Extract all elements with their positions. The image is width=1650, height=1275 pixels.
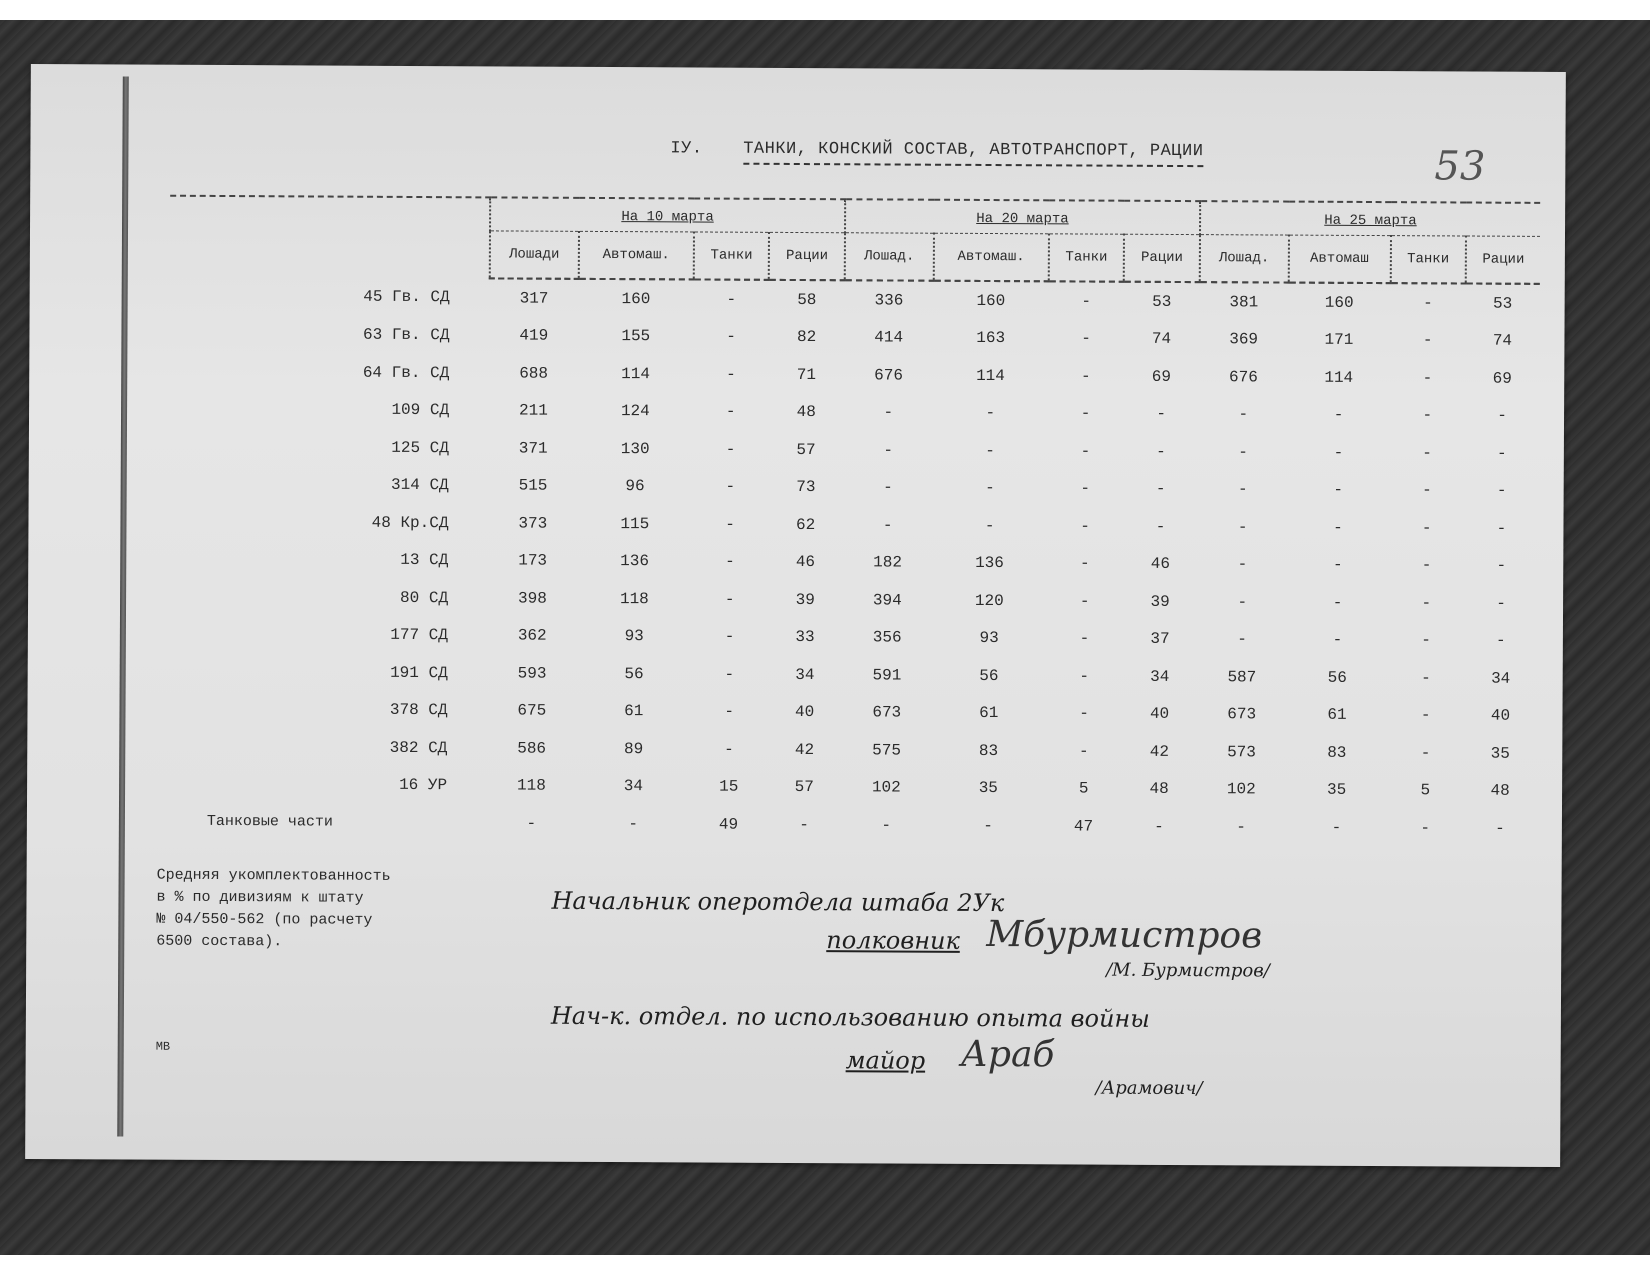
unit-label: 13 СД xyxy=(168,540,488,579)
table-cell: - xyxy=(1465,472,1539,510)
table-cell: - xyxy=(1287,471,1389,509)
table-cell: - xyxy=(1048,395,1124,433)
table-cell: - xyxy=(1199,396,1288,434)
table-row: Танковые части--49---47----- xyxy=(167,803,1537,848)
table-cell: - xyxy=(1123,508,1199,546)
table-cell: 414 xyxy=(844,319,933,357)
table-cell: - xyxy=(1198,508,1287,546)
table-cell: - xyxy=(766,806,842,844)
table-cell: - xyxy=(1048,357,1124,395)
table-cell: 83 xyxy=(1286,734,1388,772)
table-cell: 114 xyxy=(1288,359,1390,397)
col-header: Рации xyxy=(1466,236,1540,284)
table-cell: 56 xyxy=(1286,659,1388,697)
document-page: 53 IУ. ТАНКИ, КОНСКИЙ СОСТАВ, АВТОТРАНСП… xyxy=(25,64,1566,1167)
table-cell: 48 xyxy=(768,393,844,431)
table-cell: - xyxy=(1464,510,1538,548)
table-cell: 163 xyxy=(933,319,1048,357)
table-cell: - xyxy=(844,394,933,432)
table-cell: 317 xyxy=(490,278,579,317)
table-cell: 173 xyxy=(488,542,577,580)
table-cell: 155 xyxy=(578,317,693,355)
group-header-20: На 20 марта xyxy=(845,199,1200,234)
table-cell: 211 xyxy=(489,392,578,430)
table-cell: - xyxy=(1287,584,1389,622)
table-cell: - xyxy=(1198,471,1287,509)
table-cell: 371 xyxy=(489,429,578,467)
signer2-title: Нач-к. отдел. по использованию опыта вой… xyxy=(551,1002,1150,1033)
table-cell: - xyxy=(1464,622,1538,660)
table-cell: 373 xyxy=(488,504,577,542)
table-cell: - xyxy=(691,655,767,693)
unit-label: 64 Гв. СД xyxy=(169,353,489,392)
table-cell: 57 xyxy=(766,768,842,806)
table-cell: 69 xyxy=(1465,360,1539,398)
unit-label: 125 СД xyxy=(169,428,489,467)
signer1-rank: полковник xyxy=(826,926,960,955)
table-cell: 398 xyxy=(488,579,577,617)
table-cell: - xyxy=(1198,621,1287,659)
signer2-name: /Арамович/ xyxy=(1095,1078,1202,1100)
table-cell: 381 xyxy=(1199,282,1288,321)
table-cell: 74 xyxy=(1124,320,1200,358)
table-body: 45 Гв. СД317160-58336160-53381160-5363 Г… xyxy=(167,277,1540,848)
unit-header xyxy=(170,196,490,279)
group-header-25: На 25 марта xyxy=(1200,201,1540,236)
table-cell: 688 xyxy=(489,354,578,392)
table-cell: 120 xyxy=(932,582,1047,620)
table-cell: 673 xyxy=(842,694,931,732)
title-text: ТАНКИ, КОНСКИЙ СОСТАВ, АВТОТРАНСПОРТ, РА… xyxy=(743,140,1203,167)
table-cell: 40 xyxy=(1122,695,1198,733)
table-cell: - xyxy=(1046,695,1122,733)
table-cell: - xyxy=(1465,397,1539,435)
table-cell: - xyxy=(693,355,769,393)
binding-strip xyxy=(117,76,129,1136)
table-cell: - xyxy=(693,279,769,318)
col-header: Лошад. xyxy=(1200,235,1289,283)
table-cell: - xyxy=(691,730,767,768)
table-cell: 89 xyxy=(576,730,691,768)
table-cell: 49 xyxy=(691,805,767,843)
table-cell: - xyxy=(691,693,767,731)
top-margin xyxy=(0,0,1650,20)
table-cell: 15 xyxy=(691,768,767,806)
table-cell: 130 xyxy=(578,430,693,468)
table-cell: 35 xyxy=(1463,734,1537,772)
data-table: На 10 марта На 20 марта На 25 марта Лоша… xyxy=(167,195,1540,848)
table-cell: - xyxy=(693,430,769,468)
table-cell: 42 xyxy=(767,731,843,769)
footnote-line: Средняя укомплектованность xyxy=(157,865,437,888)
table-cell: 35 xyxy=(1286,771,1388,809)
table-cell: - xyxy=(1389,434,1465,472)
table-cell: 160 xyxy=(1288,283,1390,322)
table-cell: - xyxy=(1288,396,1390,434)
table-cell: 182 xyxy=(843,544,932,582)
table-cell: - xyxy=(1389,509,1465,547)
footnote: Средняя укомплектованность в % по дивизи… xyxy=(156,865,436,954)
table-cell: - xyxy=(487,804,576,842)
table-cell: 336 xyxy=(844,280,933,319)
table-cell: 5 xyxy=(1387,772,1463,810)
table-cell: - xyxy=(1048,432,1124,470)
table-cell: - xyxy=(692,580,768,618)
table-cell: 53 xyxy=(1124,282,1200,321)
table-cell: 586 xyxy=(487,729,576,767)
table-cell: 118 xyxy=(577,580,692,618)
table-cell: 46 xyxy=(768,543,844,581)
table-cell: 42 xyxy=(1122,733,1198,771)
table-cell: 114 xyxy=(578,355,693,393)
table-cell: - xyxy=(1123,433,1199,471)
table-cell: 35 xyxy=(931,769,1046,807)
unit-label: 45 Гв. СД xyxy=(170,277,490,317)
table-cell: - xyxy=(1287,509,1389,547)
signer1-signature: Мбурмистров xyxy=(986,914,1262,956)
table-cell: - xyxy=(843,506,932,544)
table-cell: 61 xyxy=(1286,696,1388,734)
table-cell: - xyxy=(1123,395,1199,433)
table-cell: 160 xyxy=(933,281,1048,320)
page-number: 53 xyxy=(1434,143,1485,189)
table-cell: 171 xyxy=(1288,321,1390,359)
table-cell: - xyxy=(844,431,933,469)
col-header: Рации xyxy=(1124,234,1200,282)
table-cell: 102 xyxy=(842,769,931,807)
table-cell: 673 xyxy=(1197,696,1286,734)
table-cell: - xyxy=(1047,582,1123,620)
footnote-line: в % по дивизиям к штату xyxy=(156,887,436,910)
unit-label: 382 СД xyxy=(167,728,487,767)
col-header: Автомаш. xyxy=(933,233,1048,281)
table-cell: 676 xyxy=(844,356,933,394)
footnote-line: 6500 состава). xyxy=(156,931,436,954)
table-cell: 37 xyxy=(1122,620,1198,658)
table-cell: 40 xyxy=(1463,697,1537,735)
table-cell: 115 xyxy=(577,505,692,543)
table-cell: 73 xyxy=(768,468,844,506)
table-cell: 61 xyxy=(576,692,691,730)
table-cell: - xyxy=(693,393,769,431)
typist-mark: МВ xyxy=(156,1040,170,1054)
col-header: Лошади xyxy=(490,231,579,279)
table-cell: - xyxy=(932,507,1047,545)
table-cell: - xyxy=(1199,433,1288,471)
unit-label: 314 СД xyxy=(169,465,489,504)
table-cell: 34 xyxy=(1464,659,1538,697)
table-cell: - xyxy=(1464,547,1538,585)
table-cell: 83 xyxy=(931,732,1046,770)
table-cell: - xyxy=(1123,470,1199,508)
table-cell: 39 xyxy=(767,581,843,619)
table-cell: - xyxy=(930,807,1045,845)
col-header: Танки xyxy=(1049,234,1125,282)
table-cell: - xyxy=(692,505,768,543)
table-cell: 56 xyxy=(576,655,691,693)
table-cell: 362 xyxy=(488,617,577,655)
table-cell: 47 xyxy=(1046,807,1122,845)
unit-label: 177 СД xyxy=(168,615,488,654)
col-header: Лошад. xyxy=(845,233,934,281)
section-number: IУ. xyxy=(670,139,702,158)
signer2-rank: майор xyxy=(846,1046,926,1074)
table-cell: - xyxy=(1047,545,1123,583)
table-cell: - xyxy=(1389,397,1465,435)
table-cell: 515 xyxy=(489,467,578,505)
table-cell: - xyxy=(1198,546,1287,584)
table-cell: 62 xyxy=(768,506,844,544)
unit-label: 48 Кр.СД xyxy=(168,503,488,542)
table-cell: - xyxy=(1463,809,1537,847)
table-cell: - xyxy=(1047,470,1123,508)
signer1-name: /М. Бурмистров/ xyxy=(1106,960,1270,982)
table-cell: - xyxy=(933,394,1048,432)
table-cell: - xyxy=(1389,547,1465,585)
table-cell: - xyxy=(692,543,768,581)
table-cell: 71 xyxy=(769,356,845,394)
table-cell: 136 xyxy=(932,544,1047,582)
table-cell: - xyxy=(842,806,931,844)
table-cell: 5 xyxy=(1046,770,1122,808)
col-header: Рации xyxy=(769,232,845,280)
table-cell: 591 xyxy=(843,656,932,694)
table-cell: 394 xyxy=(843,581,932,619)
table-cell: 74 xyxy=(1465,322,1539,360)
table-cell: 40 xyxy=(767,693,843,731)
unit-label: 63 Гв. СД xyxy=(169,315,489,354)
col-header: Автомаш. xyxy=(578,231,693,279)
table-cell: - xyxy=(1388,659,1464,697)
col-header: Автомаш xyxy=(1288,235,1390,283)
table-cell: - xyxy=(843,469,932,507)
table-cell: 69 xyxy=(1123,358,1199,396)
table-cell: 369 xyxy=(1199,321,1288,359)
table-cell: - xyxy=(1198,583,1287,621)
table-cell: 356 xyxy=(843,619,932,657)
table-cell: - xyxy=(1048,320,1124,358)
unit-label: 378 СД xyxy=(167,690,487,729)
unit-label: 191 СД xyxy=(168,653,488,692)
signer2-signature: Араб xyxy=(961,1034,1055,1075)
table-cell: 48 xyxy=(1121,770,1197,808)
table-cell: - xyxy=(1390,283,1466,322)
group-header-10: На 10 марта xyxy=(490,197,845,232)
table-cell: 160 xyxy=(578,279,693,318)
table-cell: 593 xyxy=(488,654,577,692)
table-cell: 93 xyxy=(931,619,1046,657)
table-cell: - xyxy=(692,468,768,506)
table-cell: 34 xyxy=(1122,658,1198,696)
table-cell: - xyxy=(1286,621,1388,659)
table-cell: 48 xyxy=(1463,772,1537,810)
unit-label: Танковые части xyxy=(167,803,487,842)
unit-label: 109 СД xyxy=(169,390,489,429)
table-cell: 57 xyxy=(768,431,844,469)
signer1-title: Начальник оперотдела штаба 2Ук xyxy=(551,887,1004,917)
table-cell: 675 xyxy=(487,692,576,730)
table-cell: - xyxy=(1046,732,1122,770)
table-cell: 419 xyxy=(489,317,578,355)
table-cell: - xyxy=(1197,808,1286,846)
table-cell: - xyxy=(1388,697,1464,735)
col-header: Танки xyxy=(694,232,770,280)
table-cell: - xyxy=(1047,620,1123,658)
table-cell: 573 xyxy=(1197,733,1286,771)
table-cell: 96 xyxy=(577,467,692,505)
table-cell: - xyxy=(1387,809,1463,847)
table-cell: - xyxy=(1388,584,1464,622)
table-cell: 53 xyxy=(1466,284,1540,323)
table-cell: - xyxy=(1285,809,1387,847)
table-cell: - xyxy=(1287,546,1389,584)
table-cell: 114 xyxy=(933,357,1048,395)
table-cell: - xyxy=(1287,434,1389,472)
table-cell: 34 xyxy=(576,767,691,805)
table-cell: 61 xyxy=(931,694,1046,732)
table-cell: 587 xyxy=(1197,658,1286,696)
unit-label: 16 УР xyxy=(167,765,487,804)
table-cell: - xyxy=(1388,622,1464,660)
table-cell: - xyxy=(1464,585,1538,623)
table-cell: - xyxy=(1465,435,1539,473)
table-cell: 56 xyxy=(931,657,1046,695)
footnote-line: № 04/550-562 (по расчету xyxy=(156,909,436,932)
table-cell: - xyxy=(1121,808,1197,846)
table-cell: 39 xyxy=(1122,583,1198,621)
table-cell: - xyxy=(932,469,1047,507)
section-title: IУ. ТАНКИ, КОНСКИЙ СОСТАВ, АВТОТРАНСПОРТ… xyxy=(670,139,1203,161)
table-cell: - xyxy=(693,318,769,356)
table-cell: 118 xyxy=(487,767,576,805)
table-cell: - xyxy=(692,618,768,656)
bottom-margin xyxy=(0,1255,1650,1275)
table-cell: - xyxy=(1390,359,1466,397)
col-header: Танки xyxy=(1390,236,1466,284)
table-cell: - xyxy=(1048,281,1124,320)
table-cell: 33 xyxy=(767,618,843,656)
table-cell: - xyxy=(1047,507,1123,545)
table-cell: 102 xyxy=(1197,771,1286,809)
table-cell: 124 xyxy=(578,392,693,430)
table-cell: - xyxy=(932,432,1047,470)
table-cell: 136 xyxy=(577,542,692,580)
table-cell: 676 xyxy=(1199,358,1288,396)
table-cell: 575 xyxy=(842,731,931,769)
unit-label: 80 СД xyxy=(168,578,488,617)
table-cell: 58 xyxy=(769,280,845,319)
table-cell: - xyxy=(576,805,691,843)
table-cell: 46 xyxy=(1123,545,1199,583)
table-cell: - xyxy=(1388,734,1464,772)
table-cell: - xyxy=(1389,472,1465,510)
table-cell: 82 xyxy=(769,318,845,356)
table-cell: - xyxy=(1046,657,1122,695)
table-cell: 93 xyxy=(577,617,692,655)
table-cell: 34 xyxy=(767,656,843,694)
table-cell: - xyxy=(1390,322,1466,360)
